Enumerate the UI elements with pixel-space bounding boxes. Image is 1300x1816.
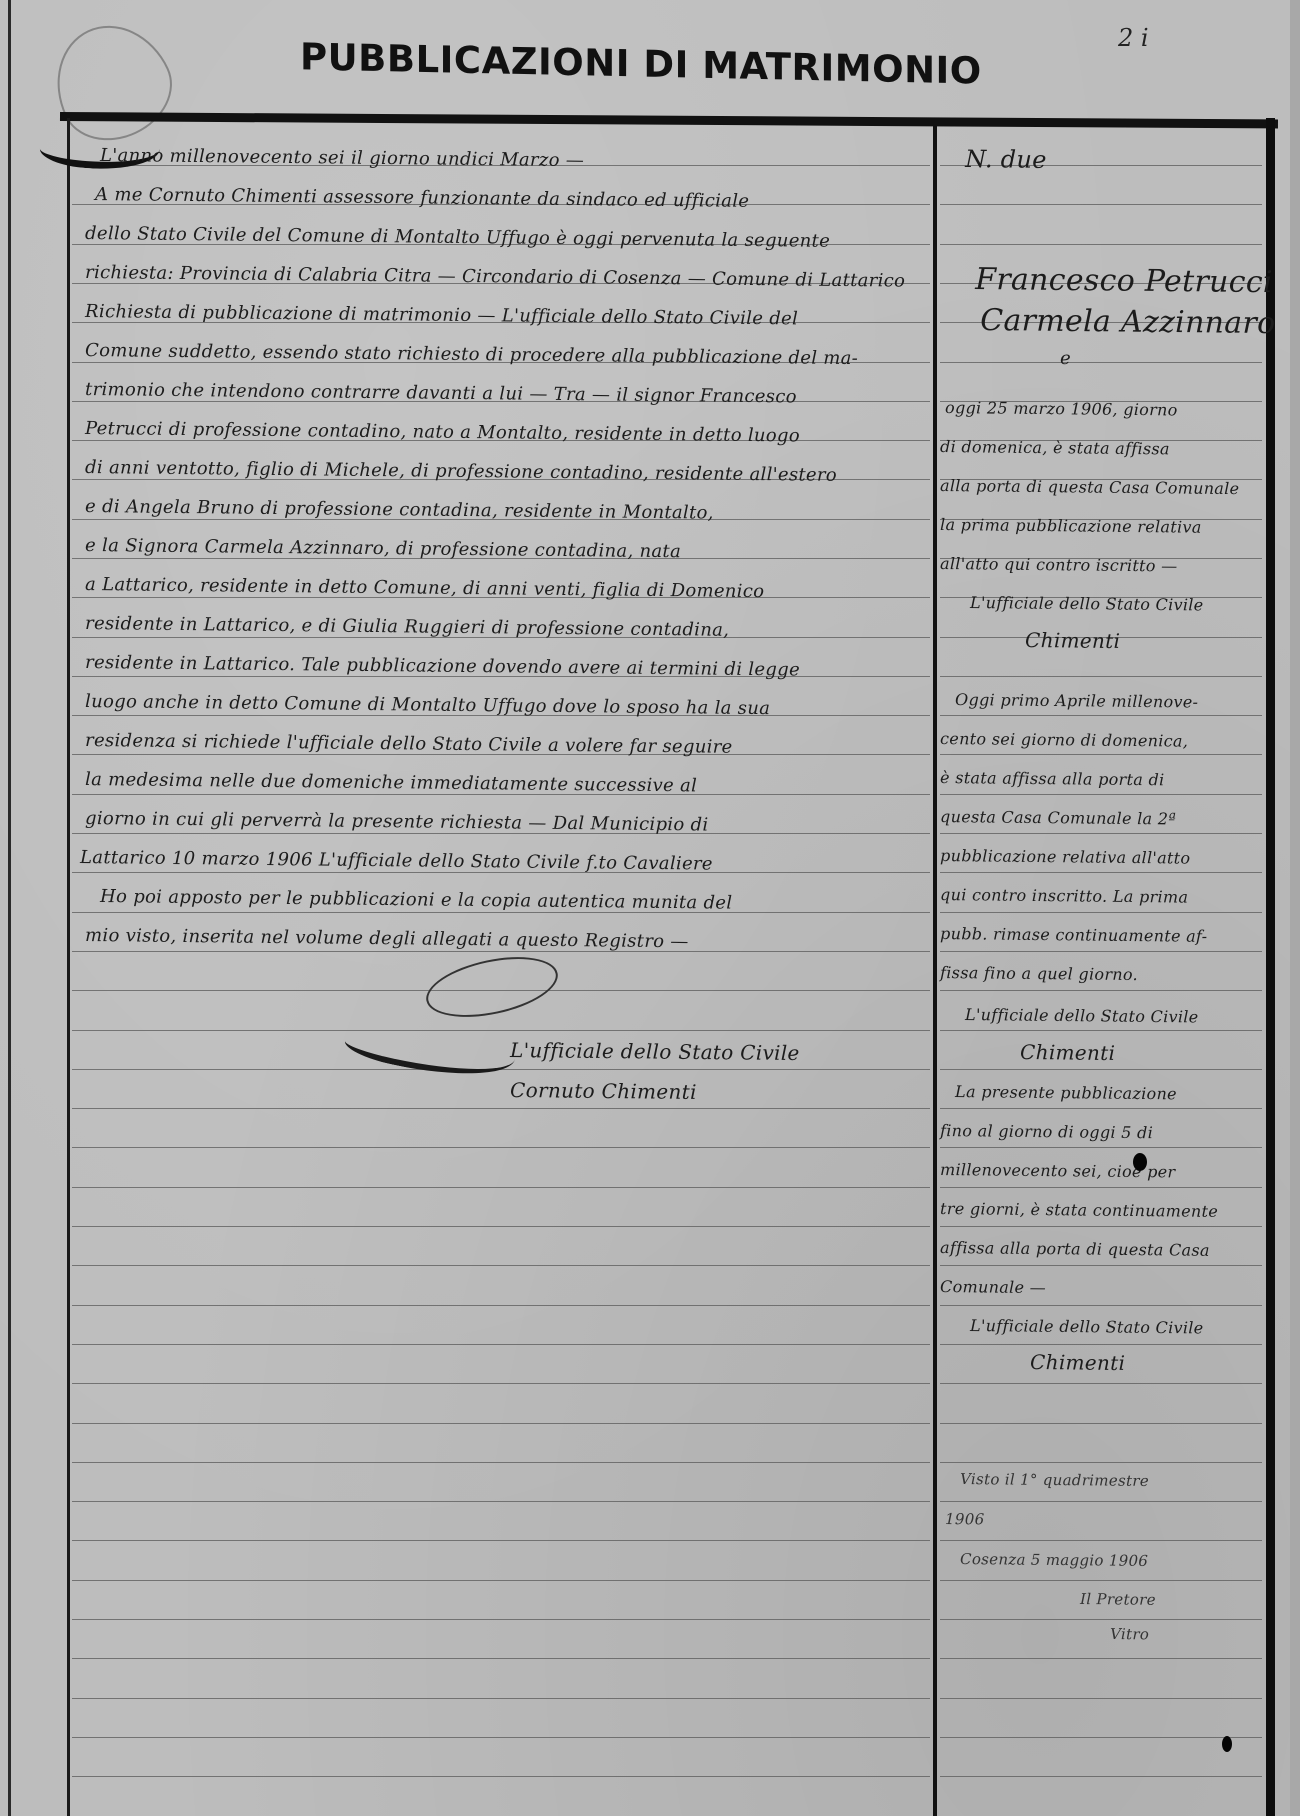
final-note-line: La presente pubblicazione (955, 1082, 1177, 1103)
signature-title: L'ufficiale dello Stato Civile (970, 593, 1204, 614)
ruled-line (940, 1423, 1262, 1424)
ruled-line (72, 1108, 930, 1109)
ruled-line (72, 1619, 930, 1620)
ruled-line (940, 244, 1262, 245)
act-line: giorno in cui gli perverrà la presente r… (85, 808, 709, 836)
ruled-line (72, 1147, 930, 1148)
act-line: trimonio che intendono contrarre davanti… (85, 379, 797, 407)
publication-line: cento sei giorno di domenica, (940, 729, 1188, 751)
signature-flourish (421, 947, 563, 1028)
publication-line: alla porta di questa Casa Comunale (940, 476, 1239, 498)
ruled-line (72, 1305, 930, 1306)
ruled-line (940, 1147, 1262, 1148)
ruled-line (940, 1501, 1262, 1502)
ruled-line (940, 676, 1262, 677)
publication-line: questa Casa Comunale la 2ª (940, 807, 1176, 828)
ruled-line (940, 833, 1262, 834)
ink-blot (1133, 1153, 1147, 1171)
ruled-line (940, 872, 1262, 873)
act-line: Ho poi apposto per le pubblicazioni e la… (100, 886, 732, 914)
visa-line: Visto il 1° quadrimestre (960, 1470, 1149, 1490)
ruled-line (72, 1462, 930, 1463)
ruled-line (940, 990, 1262, 991)
ruled-line (940, 1030, 1262, 1031)
header-rule (60, 112, 1278, 128)
final-note-line: tre giorni, è stata continuamente (940, 1199, 1218, 1221)
ruled-line (72, 1030, 930, 1031)
publication-line: fissa fino a quel giorno. (940, 963, 1138, 984)
ruled-line (72, 1423, 930, 1424)
ruled-line (72, 1226, 930, 1227)
ruled-line (72, 1737, 930, 1738)
page-edge (1290, 0, 1300, 1816)
signature-title: L'ufficiale dello Stato Civile (970, 1316, 1204, 1337)
act-line: la medesima nelle due domeniche immediat… (85, 769, 697, 796)
ruled-line (72, 951, 930, 952)
signature-title: L'ufficiale dello Stato Civile (965, 1005, 1199, 1026)
page-title: PUBBLICAZIONI DI MATRIMONIO (300, 35, 940, 91)
ruled-line (940, 1658, 1262, 1659)
publication-line: qui contro inscritto. La prima (940, 885, 1188, 907)
spouse-name: Carmela Azzinnaro (980, 303, 1276, 341)
conjunction: e (1060, 348, 1071, 369)
ruled-line (72, 1698, 930, 1699)
publication-line: oggi 25 marzo 1906, giorno (945, 398, 1178, 419)
final-note-line: affissa alla porta di questa Casa (940, 1238, 1210, 1260)
ruled-line (72, 1344, 930, 1345)
ruled-line (940, 1305, 1262, 1306)
act-line: Lattarico 10 marzo 1906 L'ufficiale dell… (80, 847, 713, 875)
ruled-line (72, 1501, 930, 1502)
ruled-line (72, 1580, 930, 1581)
ruled-line (940, 715, 1262, 716)
ink-blot (1222, 1736, 1232, 1752)
act-number: N. due (965, 145, 1047, 174)
act-line: Richiesta di pubblicazione di matrimonio… (85, 301, 798, 329)
ruled-line (940, 951, 1262, 952)
publication-line: pubblicazione relativa all'atto (940, 846, 1190, 868)
visa-line: Vitro (1110, 1625, 1149, 1643)
act-line: Petrucci di professione contadino, nato … (85, 418, 800, 446)
act-line: richiesta: Provincia di Calabria Citra —… (85, 262, 905, 292)
signature-name: Chimenti (1030, 1350, 1125, 1375)
signature-title: L'ufficiale dello Stato Civile (510, 1038, 800, 1065)
ruled-line (940, 1108, 1262, 1109)
publication-line: pubb. rimase continuamente af- (940, 924, 1207, 946)
act-line: Comune suddetto, essendo stato richiesto… (85, 340, 858, 369)
ruled-line (940, 794, 1262, 795)
act-line: dello Stato Civile del Comune di Montalt… (85, 223, 830, 252)
binding-margin-line (8, 0, 11, 1816)
publication-line: la prima pubblicazione relativa (940, 515, 1202, 537)
spouse-name: Francesco Petrucci (975, 262, 1273, 300)
signature-name: Chimenti (1025, 628, 1120, 653)
publication-line: Oggi primo Aprile millenove- (955, 690, 1198, 712)
left-border (67, 118, 70, 1816)
ruled-line (940, 1069, 1262, 1070)
ruled-line (940, 912, 1262, 913)
visa-line: Il Pretore (1080, 1590, 1156, 1609)
ruled-line (72, 1383, 930, 1384)
signature-flourish (342, 1011, 517, 1089)
ruled-line (940, 1580, 1262, 1581)
ruled-line (940, 1540, 1262, 1541)
ruled-line (940, 1698, 1262, 1699)
act-line: di anni ventotto, figlio di Michele, di … (85, 457, 837, 486)
ruled-line (940, 1226, 1262, 1227)
signature-name: Cornuto Chimenti (510, 1078, 697, 1104)
ruled-line (72, 912, 930, 913)
signature-name: Chimenti (1020, 1040, 1115, 1065)
act-line: A me Cornuto Chimenti assessore funziona… (95, 184, 749, 212)
visa-line: 1906 (945, 1510, 985, 1528)
ruled-line (72, 1265, 930, 1266)
ruled-line (940, 1187, 1262, 1188)
final-note-line: fino al giorno di oggi 5 di (940, 1121, 1153, 1142)
ruled-line (940, 1737, 1262, 1738)
ruled-line (940, 1619, 1262, 1620)
ruled-line (940, 204, 1262, 205)
ruled-line (72, 1776, 930, 1777)
ruled-line (72, 1658, 930, 1659)
visa-line: Cosenza 5 maggio 1906 (960, 1550, 1148, 1570)
column-divider (933, 122, 937, 1816)
page-number: 2 i (1118, 24, 1149, 52)
ruled-line (940, 754, 1262, 755)
register-page: PUBBLICAZIONI DI MATRIMONIO 2 i L'anno m… (0, 0, 1300, 1816)
act-line: L'anno millenovecento sei il giorno undi… (100, 145, 584, 171)
publication-line: all'atto qui contro iscritto — (940, 554, 1178, 575)
ruled-line (72, 1540, 930, 1541)
ruled-line (940, 1383, 1262, 1384)
ruled-line (940, 1776, 1262, 1777)
right-border (1266, 118, 1275, 1816)
ruled-line (940, 1265, 1262, 1266)
ruled-line (940, 362, 1262, 363)
final-note-line: Comunale — (940, 1277, 1046, 1297)
publication-line: è stata affissa alla porta di (940, 768, 1165, 789)
ruled-line (940, 1344, 1262, 1345)
ruled-line (940, 1462, 1262, 1463)
ruled-line (72, 1187, 930, 1188)
act-line: mio visto, inserita nel volume degli all… (85, 925, 689, 952)
publication-line: di domenica, è stata affissa (940, 437, 1170, 458)
